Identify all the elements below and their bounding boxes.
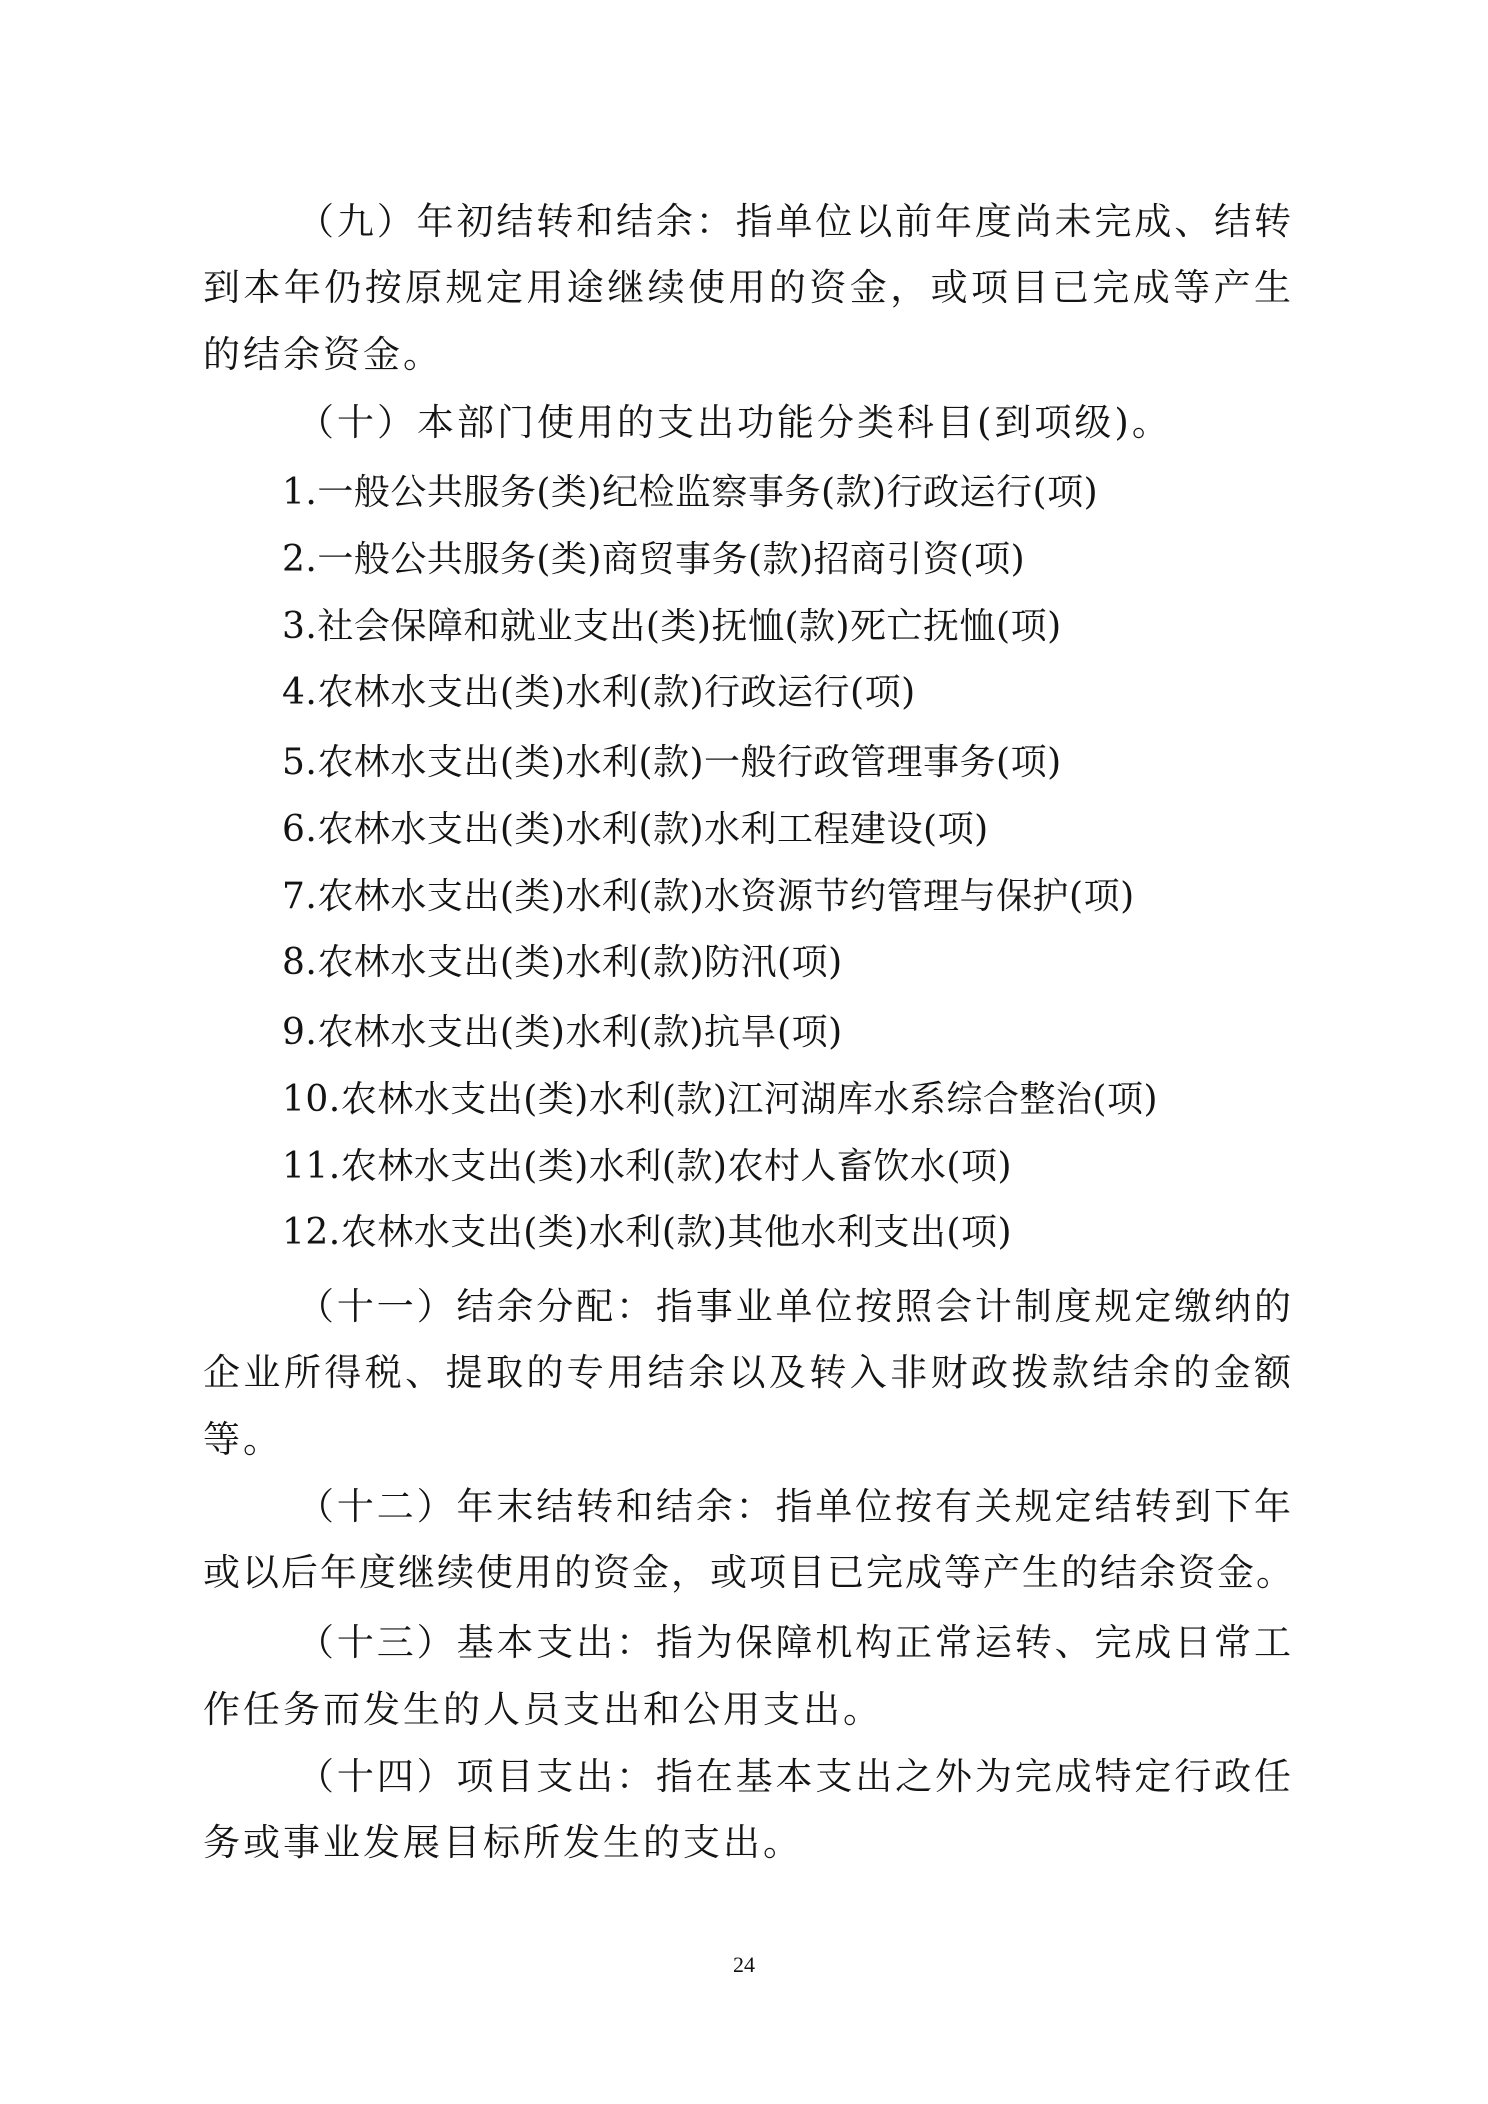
list-item-6: 6.农林水支出(类)水利(款)水利工程建设(项) xyxy=(282,807,989,853)
page-number: 24 xyxy=(720,1952,768,1978)
paragraph-14-line-2: 务或事业发展目标所发生的支出。 xyxy=(203,1820,803,1866)
paragraph-11-line-1: （十一）结余分配：指事业单位按照会计制度规定缴纳的 xyxy=(297,1284,1293,1330)
paragraph-11-line-3: 等。 xyxy=(203,1417,283,1463)
paragraph-13-line-1: （十三）基本支出：指为保障机构正常运转、完成日常工 xyxy=(297,1620,1293,1666)
paragraph-12-line-1: （十二）年末结转和结余：指单位按有关规定结转到下年 xyxy=(297,1484,1293,1530)
document-page: （九）年初结转和结余：指单位以前年度尚未完成、结转 到本年仍按原规定用途继续使用… xyxy=(0,0,1488,2104)
paragraph-12-line-2: 或以后年度继续使用的资金，或项目已完成等产生的结余资金。 xyxy=(203,1550,1293,1596)
list-item-7: 7.农林水支出(类)水利(款)水资源节约管理与保护(项) xyxy=(282,874,1135,920)
paragraph-14-line-1: （十四）项目支出：指在基本支出之外为完成特定行政任 xyxy=(297,1754,1293,1800)
list-item-5: 5.农林水支出(类)水利(款)一般行政管理事务(项) xyxy=(282,740,1062,786)
list-item-3: 3.社会保障和就业支出(类)抚恤(款)死亡抚恤(项) xyxy=(282,604,1062,650)
list-item-1: 1.一般公共服务(类)纪检监察事务(款)行政运行(项) xyxy=(282,470,1098,516)
list-item-11: 11.农林水支出(类)水利(款)农村人畜饮水(项) xyxy=(282,1144,1012,1190)
paragraph-11-line-2: 企业所得税、提取的专用结余以及转入非财政拨款结余的金额 xyxy=(203,1350,1293,1396)
paragraph-9-line-3: 的结余资金。 xyxy=(203,332,443,378)
list-item-4: 4.农林水支出(类)水利(款)行政运行(项) xyxy=(282,670,916,716)
list-item-12: 12.农林水支出(类)水利(款)其他水利支出(项) xyxy=(282,1210,1012,1256)
list-item-10: 10.农林水支出(类)水利(款)江河湖库水系综合整治(项) xyxy=(282,1077,1158,1123)
list-item-2: 2.一般公共服务(类)商贸事务(款)招商引资(项) xyxy=(282,537,1025,583)
paragraph-9-line-1: （九）年初结转和结余：指单位以前年度尚未完成、结转 xyxy=(297,199,1293,245)
paragraph-10-heading: （十）本部门使用的支出功能分类科目(到项级)。 xyxy=(297,400,1172,446)
list-item-9: 9.农林水支出(类)水利(款)抗旱(项) xyxy=(282,1010,843,1056)
paragraph-13-line-2: 作任务而发生的人员支出和公用支出。 xyxy=(203,1687,883,1733)
list-item-8: 8.农林水支出(类)水利(款)防汛(项) xyxy=(282,940,843,986)
paragraph-9-line-2: 到本年仍按原规定用途继续使用的资金，或项目已完成等产生 xyxy=(203,265,1293,311)
